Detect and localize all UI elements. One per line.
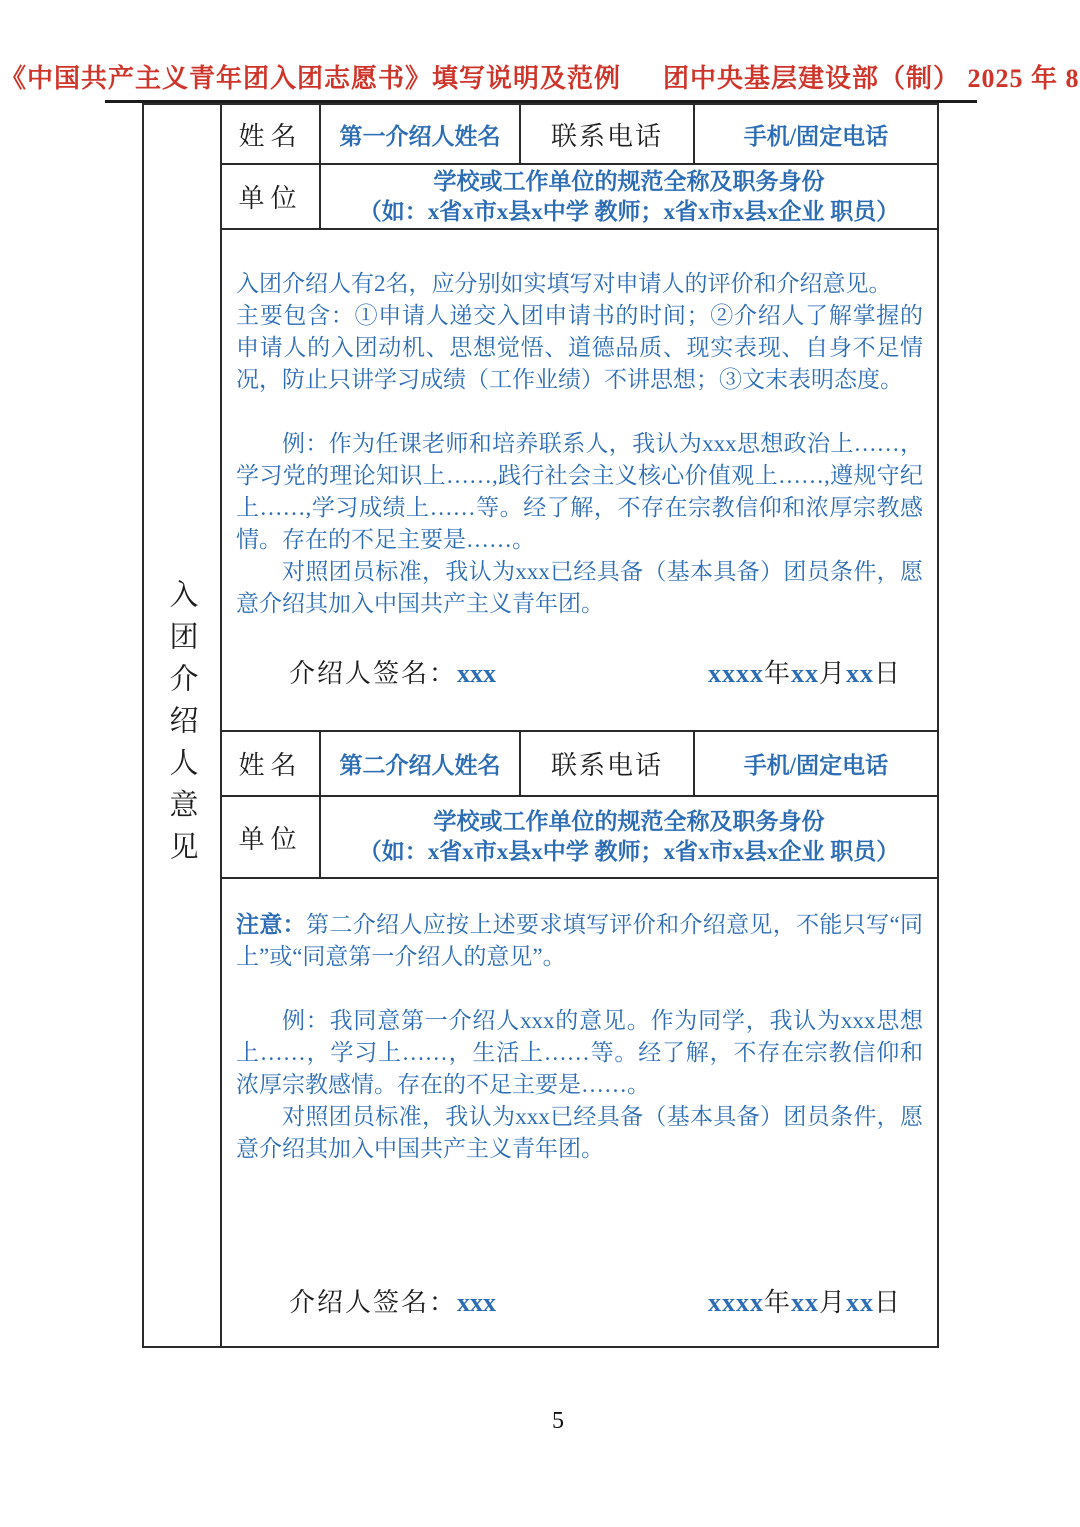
intro2-conclusion-paragraph: 对照团员标准，我认为xxx已经具备（基本具备）团员条件，愿意介绍其加入中国共产主…	[236, 1101, 923, 1165]
note-label: 注意：	[236, 912, 306, 937]
unit-value-line2: （如：x省x市x县x中学 教师；x省x市x县x企业 职员）	[359, 197, 900, 227]
date-day-value: xx	[846, 1288, 874, 1317]
unit-label-cell: 单位	[222, 165, 321, 228]
introducer2-unit-row: 单位 学校或工作单位的规范全称及职务身份 （如：x省x市x县x中学 教师；x省x…	[222, 797, 937, 879]
signature-label: 介绍人签名：	[289, 659, 457, 688]
unit-value-line1: 学校或工作单位的规范全称及职务身份	[434, 167, 825, 197]
page-number: 5	[0, 1408, 1080, 1435]
date-month-label: 月	[819, 659, 846, 688]
unit-value-line2: （如：x省x市x县x中学 教师；x省x市x县x企业 职员）	[359, 837, 900, 867]
document-title: 《中国共产主义青年团入团志愿书》填写说明及范例团中央基层建设部（制） 2025 …	[0, 58, 1080, 95]
introducer2-phone-value: 手机/固定电话	[695, 732, 937, 795]
name-label-cell: 姓名	[222, 732, 321, 795]
introducer1-opinion-block: 入团介绍人有2名，应分别如实填写对申请人的评价和介绍意见。 主要包含：①申请人递…	[222, 230, 937, 732]
unit-label-cell: 单位	[222, 797, 321, 877]
introducer2-name-value: 第二介绍人姓名	[321, 732, 521, 795]
document-title-left: 《中国共产主义青年团入团志愿书》填写说明及范例	[0, 64, 621, 93]
intro1-paragraph-1: 入团介绍人有2名，应分别如实填写对申请人的评价和介绍意见。	[236, 268, 923, 300]
introducer2-signature: 介绍人签名：xxx	[289, 1285, 496, 1321]
date-year-label: 年	[764, 1288, 791, 1317]
introducer1-phone-value: 手机/固定电话	[695, 105, 937, 163]
introducer1-signature-date: xxxx年xx月xx日	[708, 656, 901, 692]
document-page: 《中国共产主义青年团入团志愿书》填写说明及范例团中央基层建设部（制） 2025 …	[0, 0, 1080, 1527]
introducer-opinion-table: 入团介绍人意见 姓名 第一介绍人姓名 联系电话 手机/固定电话 单位 学校或工作…	[142, 103, 939, 1348]
signature-name: xxx	[457, 659, 496, 688]
date-year-value: xxxx	[708, 659, 764, 688]
introducer1-signature: 介绍人签名：xxx	[289, 656, 496, 692]
intro2-example-paragraph: 例：我同意第一介绍人xxx的意见。作为同学，我认为xxx思想上……，学习上……，…	[236, 1005, 923, 1101]
date-year-value: xxxx	[708, 1288, 764, 1317]
introducer1-name-row: 姓名 第一介绍人姓名 联系电话 手机/固定电话	[222, 105, 937, 165]
unit-value-line1: 学校或工作单位的规范全称及职务身份	[434, 807, 825, 837]
intro1-paragraph-2: 主要包含：①申请人递交入团申请书的时间；②介绍人了解掌握的申请人的入团动机、思想…	[236, 300, 923, 396]
introducer1-unit-row: 单位 学校或工作单位的规范全称及职务身份 （如：x省x市x县x中学 教师；x省x…	[222, 165, 937, 230]
note-text: 第二介绍人应按上述要求填写评价和介绍意见，不能只写“同上”或“同意第一介绍人的意…	[236, 912, 923, 969]
side-label-text: 入团介绍人意见	[162, 579, 203, 873]
date-day-label: 日	[874, 659, 901, 688]
signature-label: 介绍人签名：	[289, 1288, 457, 1317]
table-content-column: 姓名 第一介绍人姓名 联系电话 手机/固定电话 单位 学校或工作单位的规范全称及…	[222, 105, 937, 1346]
introducer1-name-value: 第一介绍人姓名	[321, 105, 521, 163]
intro1-conclusion-paragraph: 对照团员标准，我认为xxx已经具备（基本具备）团员条件，愿意介绍其加入中国共产主…	[236, 556, 923, 620]
signature-name: xxx	[457, 1288, 496, 1317]
date-month-label: 月	[819, 1288, 846, 1317]
date-month-value: xx	[791, 1288, 819, 1317]
date-month-value: xx	[791, 659, 819, 688]
intro2-note-paragraph: 注意：第二介绍人应按上述要求填写评价和介绍意见，不能只写“同上”或“同意第一介绍…	[236, 909, 923, 973]
introducer2-name-row: 姓名 第二介绍人姓名 联系电话 手机/固定电话	[222, 732, 937, 797]
date-year-label: 年	[764, 659, 791, 688]
introducer2-signature-date: xxxx年xx月xx日	[708, 1285, 901, 1321]
name-label-cell: 姓名	[222, 105, 321, 163]
introducer1-unit-value: 学校或工作单位的规范全称及职务身份 （如：x省x市x县x中学 教师；x省x市x县…	[321, 165, 937, 228]
introducer2-signature-row: 介绍人签名：xxx xxxx年xx月xx日	[236, 1285, 923, 1321]
document-title-right: 团中央基层建设部（制） 2025 年 8 月发布	[663, 64, 1080, 93]
date-day-label: 日	[874, 1288, 901, 1317]
phone-label-cell: 联系电话	[521, 732, 695, 795]
date-day-value: xx	[846, 659, 874, 688]
side-label-column: 入团介绍人意见	[144, 105, 222, 1346]
intro1-example-paragraph: 例：作为任课老师和培养联系人，我认为xxx思想政治上……，学习党的理论知识上………	[236, 428, 923, 556]
introducer1-signature-row: 介绍人签名：xxx xxxx年xx月xx日	[236, 656, 923, 692]
introducer2-opinion-block: 注意：第二介绍人应按上述要求填写评价和介绍意见，不能只写“同上”或“同意第一介绍…	[222, 879, 937, 1346]
introducer2-unit-value: 学校或工作单位的规范全称及职务身份 （如：x省x市x县x中学 教师；x省x市x县…	[321, 797, 937, 877]
phone-label-cell: 联系电话	[521, 105, 695, 163]
